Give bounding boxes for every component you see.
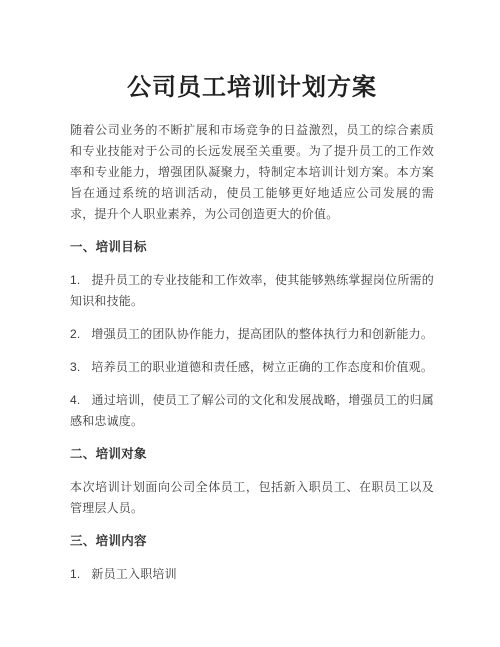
item-text: 新员工入职培训 — [91, 567, 176, 581]
item-text: 培养员工的职业道德和责任感，树立正确的工作态度和价值观。 — [91, 360, 433, 374]
item-number: 1. — [70, 270, 80, 291]
document-page: 公司员工培训计划方案 随着公司业务的不断扩展和市场竞争的日益激烈，员工的综合素质… — [0, 0, 500, 647]
section-heading-training-content: 三、培训内容 — [70, 531, 434, 552]
list-item: 2.增强员工的团队协作能力，提高团队的整体执行力和创新能力。 — [70, 324, 434, 345]
item-text: 通过培训，使员工了解公司的文化和发展战略，增强员工的归属感和忠诚度。 — [70, 393, 434, 428]
list-item: 1.提升员工的专业技能和工作效率，使其能够熟练掌握岗位所需的知识和技能。 — [70, 270, 434, 312]
list-item: 4.通过培训，使员工了解公司的文化和发展战略，增强员工的归属感和忠诚度。 — [70, 390, 434, 432]
list-item: 1.新员工入职培训 — [70, 564, 434, 585]
item-number: 4. — [70, 390, 80, 411]
item-number: 3. — [70, 357, 80, 378]
item-number: 1. — [70, 564, 80, 585]
item-number: 2. — [70, 324, 80, 345]
section-heading-training-goals: 一、培训目标 — [70, 237, 434, 258]
item-text: 增强员工的团队协作能力，提高团队的整体执行力和创新能力。 — [91, 327, 433, 341]
section-heading-training-audience: 二、培训对象 — [70, 444, 434, 465]
page-title: 公司员工培训计划方案 — [70, 74, 434, 102]
list-item: 3.培养员工的职业道德和责任感，树立正确的工作态度和价值观。 — [70, 357, 434, 378]
audience-paragraph: 本次培训计划面向公司全体员工，包括新入职员工、在职员工以及管理层人员。 — [70, 477, 434, 519]
intro-paragraph: 随着公司业务的不断扩展和市场竞争的日益激烈，员工的综合素质和专业技能对于公司的长… — [70, 120, 434, 225]
item-text: 提升员工的专业技能和工作效率，使其能够熟练掌握岗位所需的知识和技能。 — [70, 273, 434, 308]
